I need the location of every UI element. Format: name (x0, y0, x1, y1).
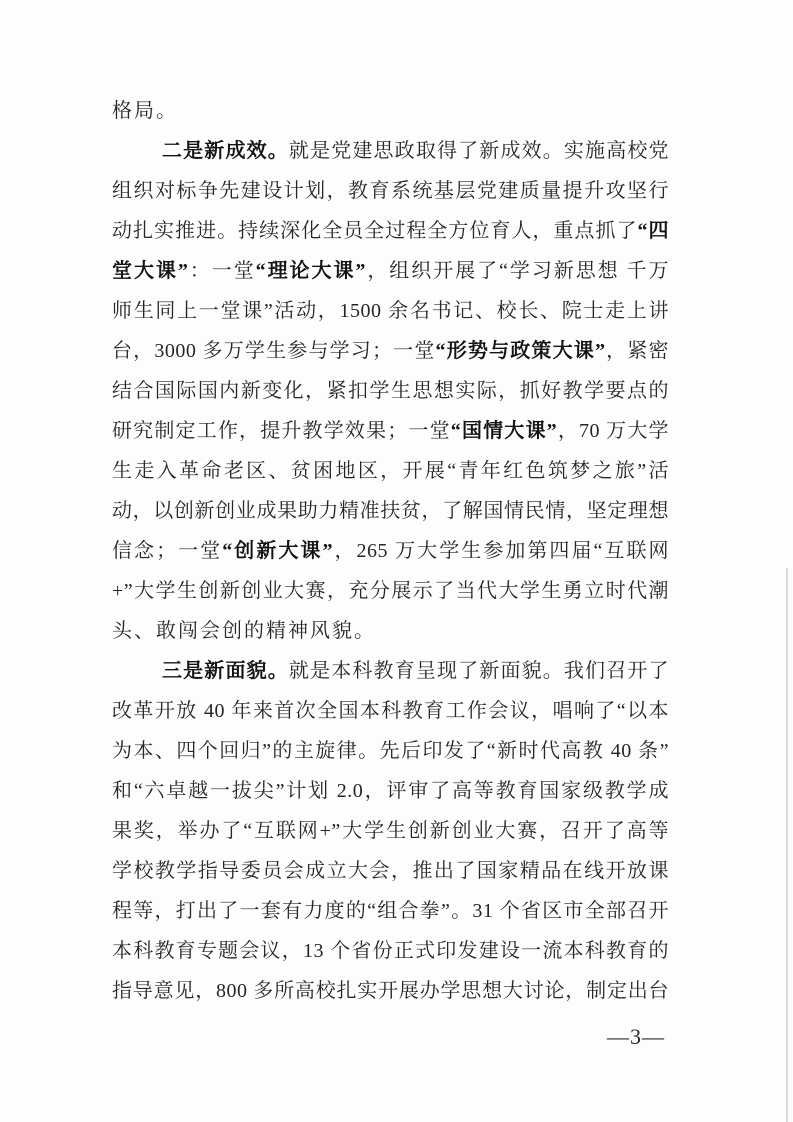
body-text: +”大学生创新创业大赛，充分展示了当代大学生勇立时代潮 (112, 580, 669, 602)
body-text: 格局。 (112, 100, 178, 122)
body-text: 师生同上一堂课”活动，1500 余名书记、校长、院士走上讲 (112, 300, 669, 322)
emphasis-text: “形势与政策大课” (436, 340, 606, 362)
body-text: 动，以创新创业成果助力精准扶贫，了解国情民情，坚定理想 (112, 500, 669, 522)
emphasis-text: “创新大课” (222, 540, 333, 562)
text-line: 指导意见，800 多所高校扎实开展办学思想大讨论，制定出台 (112, 971, 669, 1011)
text-line: 结合国际国内新变化，紧扣学生思想实际，抓好教学要点的 (112, 371, 669, 411)
emphasis-text: “四 (637, 220, 669, 242)
body-text: 信念；一堂 (112, 540, 222, 562)
body-text: 台，3000 多万学生参与学习；一堂 (112, 340, 436, 362)
body-text: 动扎实推进。持续深化全员全过程全方位育人，重点抓了 (112, 220, 637, 242)
text-line: 二是新成效。就是党建思政取得了新成效。实施高校党 (112, 131, 669, 171)
body-text: ，265 万大学生参加第四届“互联网 (333, 540, 669, 562)
text-line: 台，3000 多万学生参与学习；一堂“形势与政策大课”，紧密 (112, 331, 669, 371)
body-text: ：一堂 (188, 260, 255, 282)
body-text: 就是本科教育呈现了新面貌。我们召开了 (289, 660, 669, 682)
emphasis-text: 三是新面貌。 (162, 660, 289, 682)
text-line: 学校教学指导委员会成立大会，推出了国家精品在线开放课 (112, 851, 669, 891)
emphasis-text: “国情大课” (451, 420, 557, 442)
body-text: 和“六卓越一拔尖”计划 2.0，评审了高等教育国家级教学成 (112, 780, 669, 802)
body-text: 生走入革命老区、贫困地区，开展“青年红色筑梦之旅”活 (112, 460, 669, 482)
body-text: ，70 万大学 (557, 420, 669, 442)
text-line: 格局。 (112, 91, 669, 131)
text-line: 堂大课”：一堂“理论大课”，组织开展了“学习新思想 千万 (112, 251, 669, 291)
text-line: 信念；一堂“创新大课”，265 万大学生参加第四届“互联网 (112, 531, 669, 571)
text-line: 动，以创新创业成果助力精准扶贫，了解国情民情，坚定理想 (112, 491, 669, 531)
emphasis-text: 二是新成效。 (162, 140, 289, 162)
page-number: —3— (607, 1024, 665, 1050)
body-text: 研究制定工作，提升教学效果；一堂 (112, 420, 451, 442)
body-text: 头、敢闯会创的精神风貌。 (112, 620, 376, 642)
body-text: 指导意见，800 多所高校扎实开展办学思想大讨论，制定出台 (112, 980, 669, 1002)
body-text: 本科教育专题会议，13 个省份正式印发建设一流本科教育的 (112, 940, 669, 962)
text-line: 头、敢闯会创的精神风貌。 (112, 611, 669, 651)
text-line: 果奖，举办了“互联网+”大学生创新创业大赛，召开了高等 (112, 811, 669, 851)
body-text: 程等，打出了一套有力度的“组合拳”。31 个省区市全部召开 (112, 900, 669, 922)
text-line: 改革开放 40 年来首次全国本科教育工作会议，唱响了“以本 (112, 691, 669, 731)
body-text: 组织对标争先建设计划，教育系统基层党建质量提升攻坚行 (112, 180, 669, 202)
document-page: 格局。二是新成效。就是党建思政取得了新成效。实施高校党组织对标争先建设计划，教育… (0, 0, 793, 1122)
text-line: 为本、四个回归”的主旋律。先后印发了“新时代高教 40 条” (112, 731, 669, 771)
text-line: 组织对标争先建设计划，教育系统基层党建质量提升攻坚行 (112, 171, 669, 211)
body-text: 就是党建思政取得了新成效。实施高校党 (289, 140, 669, 162)
body-text: 果奖，举办了“互联网+”大学生创新创业大赛，召开了高等 (112, 820, 669, 842)
text-line: 三是新面貌。就是本科教育呈现了新面貌。我们召开了 (112, 651, 669, 691)
text-line: 程等，打出了一套有力度的“组合拳”。31 个省区市全部召开 (112, 891, 669, 931)
text-line: 生走入革命老区、贫困地区，开展“青年红色筑梦之旅”活 (112, 451, 669, 491)
scan-artifact-line (786, 568, 788, 1122)
text-line: 研究制定工作，提升教学效果；一堂“国情大课”，70 万大学 (112, 411, 669, 451)
emphasis-text: “理论大课” (256, 260, 366, 282)
body-text: ，紧密 (605, 340, 669, 362)
body-text: 学校教学指导委员会成立大会，推出了国家精品在线开放课 (112, 860, 669, 882)
text-line: +”大学生创新创业大赛，充分展示了当代大学生勇立时代潮 (112, 571, 669, 611)
document-body: 格局。二是新成效。就是党建思政取得了新成效。实施高校党组织对标争先建设计划，教育… (112, 91, 669, 1011)
text-line: 动扎实推进。持续深化全员全过程全方位育人，重点抓了“四 (112, 211, 669, 251)
body-text: 为本、四个回归”的主旋律。先后印发了“新时代高教 40 条” (112, 740, 669, 762)
text-line: 和“六卓越一拔尖”计划 2.0，评审了高等教育国家级教学成 (112, 771, 669, 811)
body-text: 结合国际国内新变化，紧扣学生思想实际，抓好教学要点的 (112, 380, 669, 402)
text-line: 师生同上一堂课”活动，1500 余名书记、校长、院士走上讲 (112, 291, 669, 331)
text-line: 本科教育专题会议，13 个省份正式印发建设一流本科教育的 (112, 931, 669, 971)
body-text: 改革开放 40 年来首次全国本科教育工作会议，唱响了“以本 (112, 700, 669, 722)
emphasis-text: 堂大课” (112, 260, 188, 282)
body-text: ，组织开展了“学习新思想 千万 (366, 260, 669, 282)
